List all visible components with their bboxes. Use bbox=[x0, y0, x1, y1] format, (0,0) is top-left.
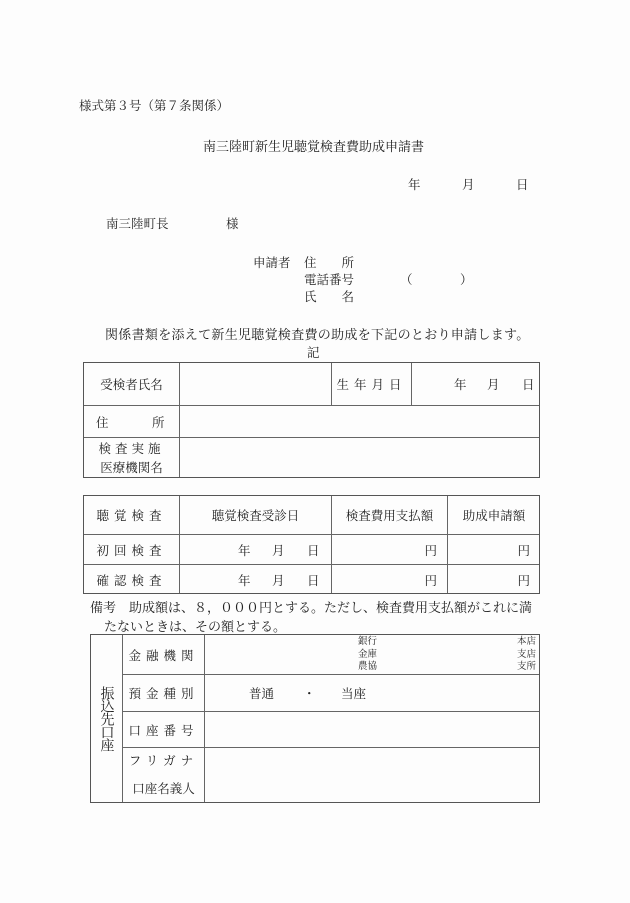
form-number: 様式第３号（第７条関係） bbox=[79, 96, 229, 114]
header-requested-amount-text: 助成申請額 bbox=[463, 506, 526, 524]
account-holder-label: フリガナ 口座名義人 bbox=[123, 748, 204, 802]
applicant-label: 申請者 bbox=[253, 253, 291, 271]
day-label: 日 bbox=[307, 541, 320, 559]
date-month-label: 月 bbox=[462, 175, 475, 193]
confirm-cost-paid-field[interactable]: 円 bbox=[332, 565, 447, 594]
ordinary-option[interactable]: 普通 bbox=[249, 684, 274, 702]
header-exam-date: 聴覚検査受診日 bbox=[180, 496, 331, 534]
applicant-name-label: 氏 名 bbox=[304, 287, 354, 305]
birthdate-field[interactable]: 年 月 日 bbox=[412, 363, 540, 405]
furigana-label: フリガナ bbox=[129, 747, 198, 775]
address-label: 住 所 bbox=[84, 406, 179, 437]
checking-option[interactable]: 当座 bbox=[341, 684, 366, 702]
account-number-label-text: 口座番号 bbox=[128, 721, 198, 739]
bank-account-table: 振込先口座 金融機関 銀行 金庫 農協 本店 支店 支所 預金種別 普通 ・ 当… bbox=[90, 634, 540, 803]
birth-year-label: 年 bbox=[454, 375, 467, 393]
option-separator: ・ bbox=[303, 684, 316, 702]
row-type-text: 確認検査 bbox=[96, 571, 166, 589]
address-label-char1: 住 bbox=[96, 413, 109, 431]
sub-branch-label: 支所 bbox=[517, 661, 536, 674]
facility-label: 検査実施 医療機関名 bbox=[84, 438, 179, 478]
header-cost-paid: 検査費用支払額 bbox=[332, 496, 447, 534]
birth-month-label: 月 bbox=[487, 375, 500, 393]
birthdate-label: 生年月日 bbox=[332, 363, 411, 405]
body-text: 関係書類を添えて新生児聴覚検査費の助成を下記のとおり申請します。 bbox=[105, 324, 530, 343]
head-office-label: 本店 bbox=[517, 636, 536, 649]
account-number-label: 口座番号 bbox=[123, 712, 204, 747]
confirm-requested-field[interactable]: 円 bbox=[448, 565, 540, 594]
address-label-char2: 所 bbox=[152, 413, 165, 431]
note-line1: 備考 助成額は、８，０００円とする。ただし、検査費用支払額がこれに満 bbox=[90, 597, 532, 616]
initial-cost-paid-field[interactable]: 円 bbox=[332, 535, 447, 564]
month-label: 月 bbox=[272, 571, 285, 589]
examinee-name-label: 受検者氏名 bbox=[84, 363, 179, 405]
phone-paren-open: （ bbox=[400, 270, 413, 288]
year-label: 年 bbox=[238, 541, 251, 559]
applicant-address-label: 住 所 bbox=[304, 253, 354, 271]
branch-type-list: 本店 支店 支所 bbox=[517, 636, 536, 674]
examinee-name-label-text: 受検者氏名 bbox=[100, 375, 163, 393]
header-exam-date-text: 聴覚検査受診日 bbox=[212, 506, 300, 524]
yen-label: 円 bbox=[517, 571, 530, 589]
note-line2: たないときは、その額とする。 bbox=[104, 616, 286, 635]
year-label: 年 bbox=[238, 571, 251, 589]
yen-label: 円 bbox=[517, 541, 530, 559]
account-holder-field[interactable] bbox=[205, 748, 539, 802]
birth-day-label: 日 bbox=[522, 375, 535, 393]
facility-field[interactable] bbox=[180, 438, 540, 478]
deposit-type-field[interactable]: 普通 ・ 当座 bbox=[205, 675, 539, 711]
yen-label: 円 bbox=[424, 571, 437, 589]
initial-exam-date-field[interactable]: 年 月 日 bbox=[180, 535, 331, 564]
birthdate-label-text: 生年月日 bbox=[336, 375, 406, 393]
ki-label: 記 bbox=[307, 343, 320, 361]
nokyo-label: 農協 bbox=[358, 661, 377, 674]
table-row-type: 初回検査 bbox=[84, 535, 179, 564]
financial-institution-field[interactable]: 銀行 金庫 農協 本店 支店 支所 bbox=[205, 635, 539, 674]
yen-label: 円 bbox=[424, 541, 437, 559]
address-field[interactable] bbox=[180, 406, 540, 437]
honorific: 様 bbox=[226, 214, 239, 232]
header-cost-paid-text: 検査費用支払額 bbox=[346, 506, 434, 524]
header-requested-amount: 助成申請額 bbox=[448, 496, 540, 534]
facility-label-line2: 医療機関名 bbox=[100, 458, 163, 477]
initial-requested-field[interactable]: 円 bbox=[448, 535, 540, 564]
month-label: 月 bbox=[272, 541, 285, 559]
header-hearing-test: 聴覚検査 bbox=[84, 496, 179, 534]
transfer-account-label: 振込先口座 bbox=[91, 635, 122, 802]
shinkin-label: 金庫 bbox=[358, 649, 377, 662]
account-number-field[interactable] bbox=[205, 712, 539, 747]
applicant-phone-label: 電話番号 bbox=[304, 270, 354, 288]
facility-label-line1: 検査実施 bbox=[98, 439, 164, 458]
page-title: 南三陸町新生児聴覚検査費助成申請書 bbox=[203, 136, 424, 155]
addressee: 南三陸町長 bbox=[106, 214, 169, 232]
branch-label: 支店 bbox=[517, 649, 536, 662]
hearing-test-table: 聴覚検査 聴覚検査受診日 検査費用支払額 助成申請額 初回検査 年 月 日 円 … bbox=[83, 495, 540, 594]
account-holder-label-text: 口座名義人 bbox=[132, 775, 195, 803]
deposit-type-label: 預金種別 bbox=[123, 675, 204, 711]
deposit-type-label-text: 預金種別 bbox=[128, 684, 198, 702]
financial-institution-label-text: 金融機関 bbox=[128, 646, 198, 664]
financial-institution-label: 金融機関 bbox=[123, 635, 204, 674]
table-row-type: 確認検査 bbox=[84, 565, 179, 594]
examinee-name-field[interactable] bbox=[180, 363, 330, 405]
phone-paren-close: ） bbox=[460, 270, 473, 288]
day-label: 日 bbox=[307, 571, 320, 589]
transfer-account-label-text: 振込先口座 bbox=[99, 686, 115, 751]
examinee-table: 受検者氏名 生年月日 年 月 日 住 所 検査実施 医療機関名 bbox=[83, 362, 540, 478]
institution-type-list: 銀行 金庫 農協 bbox=[358, 636, 377, 674]
confirm-exam-date-field[interactable]: 年 月 日 bbox=[180, 565, 331, 594]
row-type-text: 初回検査 bbox=[96, 541, 166, 559]
header-hearing-test-text: 聴覚検査 bbox=[96, 506, 166, 524]
bank-label: 銀行 bbox=[358, 636, 377, 649]
date-day-label: 日 bbox=[516, 175, 529, 193]
date-year-label: 年 bbox=[408, 175, 421, 193]
